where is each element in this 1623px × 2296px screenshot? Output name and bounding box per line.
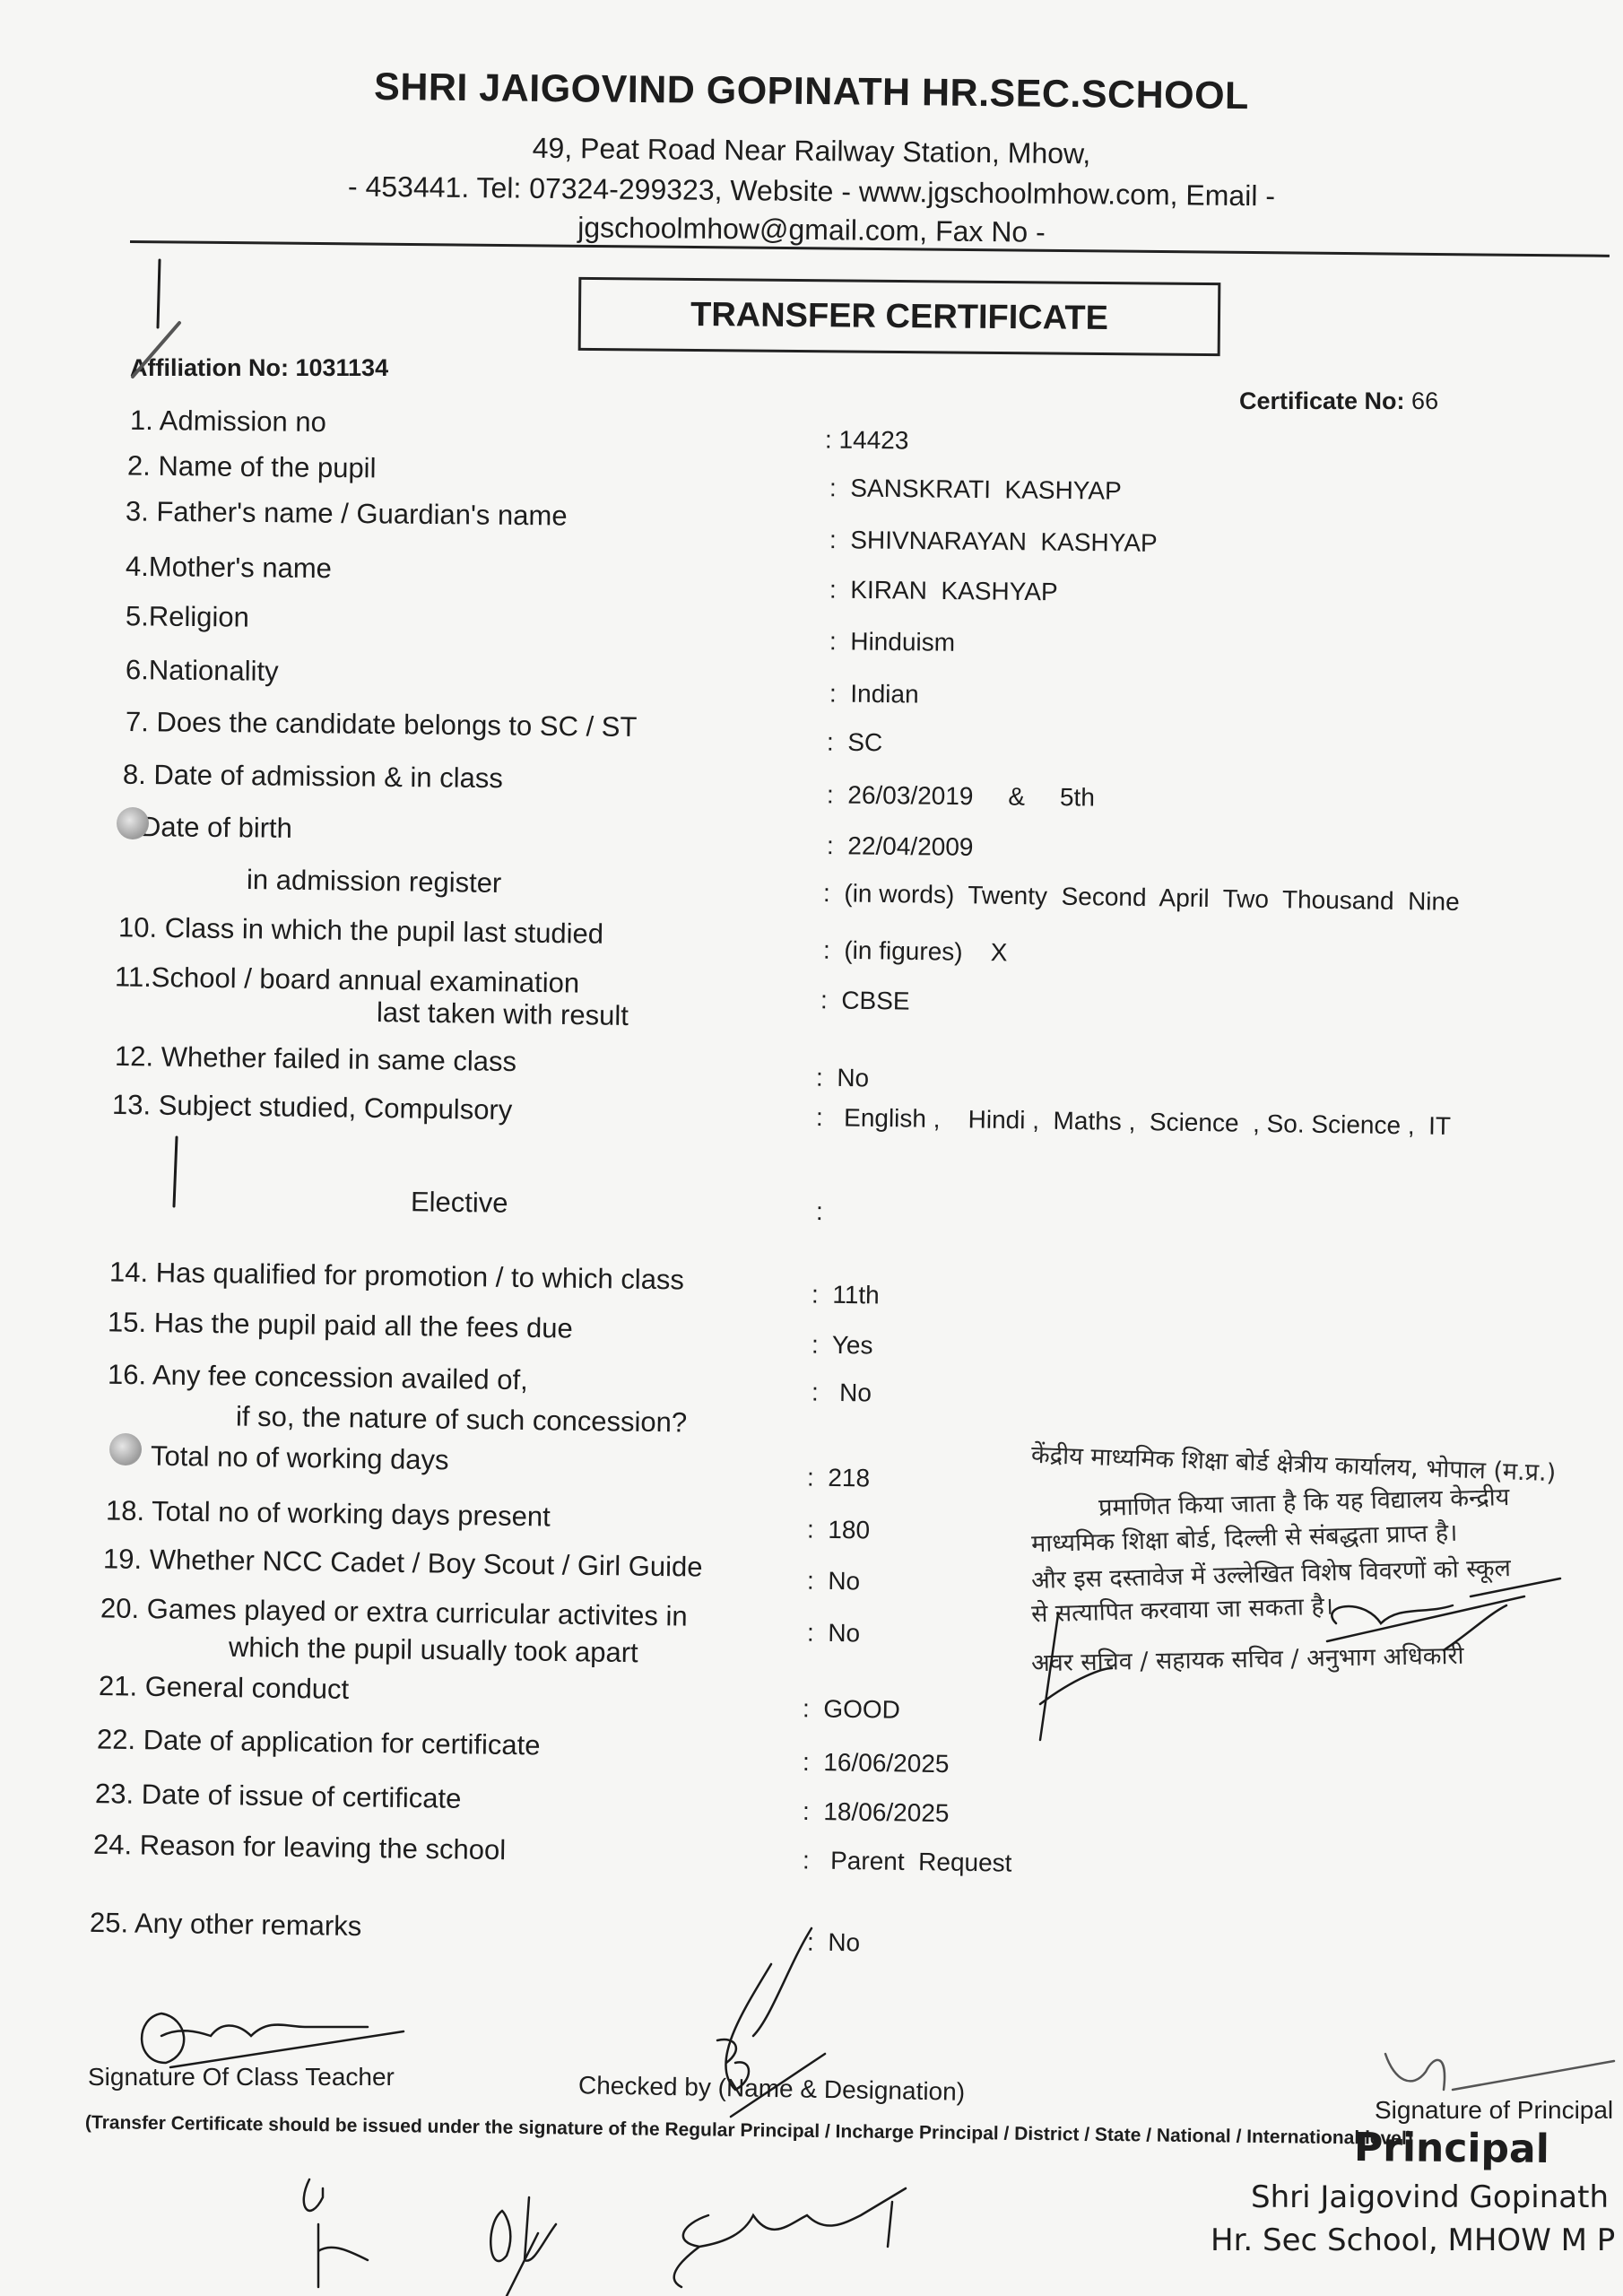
field-value: : 11th [811, 1280, 880, 1309]
field-value: : (in figures) X [823, 936, 1008, 968]
field-value: : GOOD [803, 1694, 900, 1725]
field-label: 15. Has the pupil paid all the fees due [108, 1306, 573, 1344]
field-label: 6.Nationality [126, 654, 279, 688]
field-value: : SHIVNARAYAN KASHYAP [829, 526, 1158, 558]
field-label: in admission register [247, 864, 502, 900]
field-label: 3. Father's name / Guardian's name [126, 495, 568, 532]
footer-note: (Transfer Certificate should be issued u… [85, 2112, 1413, 2150]
principal-stamp-location: Hr. Sec School, MHOW M P [1211, 2222, 1615, 2258]
field-value: : Yes [811, 1331, 873, 1361]
cbse-attestation-line5: से सत्यापित करवाया जा सकता है। [1031, 1588, 1334, 1630]
field-label: 19. Whether NCC Cadet / Boy Scout / Girl… [103, 1543, 703, 1583]
affiliation-number: Affiliation No: 1031134 [130, 354, 388, 382]
field-label: Date of birth [141, 811, 292, 845]
field-label-continued: which the pupil usually took apart [229, 1631, 638, 1669]
field-label: 11.School / board annual examination [115, 961, 580, 999]
field-value: : SC [827, 728, 883, 758]
field-value: : (in words) Twenty Second April Two Tho… [823, 879, 1460, 917]
field-value: : 22/04/2009 [827, 831, 974, 862]
checked-by-label: Checked by (Name & Designation) [578, 2071, 966, 2107]
cbse-attestation-signatory: अवर सचिव / सहायक सचिव / अनुभाग अधिकारी [1031, 1638, 1464, 1678]
field-value: : 18/06/2025 [803, 1797, 950, 1828]
field-label: 1. Admission no [130, 404, 326, 439]
field-value: : No [807, 1619, 861, 1648]
field-label: 12. Whether failed in same class [115, 1040, 516, 1078]
field-value: : [816, 1197, 823, 1226]
field-label: 21. General conduct [99, 1670, 350, 1706]
principal-stamp-title: Principal [1354, 2125, 1549, 2172]
field-value: : 218 [807, 1464, 871, 1493]
field-value: : 16/06/2025 [803, 1748, 950, 1779]
field-value: : Parent Request [803, 1846, 1012, 1877]
field-label: 20. Games played or extra curricular act… [100, 1592, 688, 1632]
field-value: : SANSKRATI KASHYAP [829, 474, 1122, 505]
field-value: : 180 [807, 1516, 871, 1545]
document-title: TRANSFER CERTIFICATE [690, 295, 1108, 337]
field-label: 22. Date of application for certificate [97, 1724, 541, 1762]
field-label: 7. Does the candidate belongs to SC / ST [126, 706, 638, 744]
field-label: 4.Mother's name [126, 551, 332, 585]
field-label: 5.Religion [126, 600, 249, 633]
principal-signature-label: Signature of Principal [1375, 2096, 1613, 2125]
field-label: 24. Reason for leaving the school [93, 1829, 507, 1866]
field-label: 25. Any other remarks [90, 1907, 362, 1943]
field-label: 18. Total no of working days present [106, 1495, 551, 1534]
field-label: 23. Date of issue of certificate [95, 1778, 462, 1815]
certificate-number-value: 66 [1411, 387, 1438, 414]
field-label: 13. Subject studied, Compulsory [112, 1089, 513, 1126]
field-value: : 14423 [825, 426, 909, 456]
field-label: 8. Date of admission & in class [123, 759, 503, 795]
field-label: Elective [411, 1186, 508, 1220]
school-name: SHRI JAIGOVIND GOPINATH HR.SEC.SCHOOL [0, 62, 1623, 123]
punch-hole-icon [117, 807, 149, 839]
field-label: 2. Name of the pupil [127, 450, 377, 485]
field-value: : No [811, 1378, 872, 1408]
field-label: 16. Any fee concession availed of, [108, 1359, 528, 1397]
field-value: : No [816, 1064, 870, 1093]
field-value: : Hinduism [829, 627, 955, 657]
field-label: 14. Has qualified for promotion / to whi… [109, 1257, 684, 1297]
field-value: : 26/03/2019 & 5th [827, 780, 1095, 812]
field-value: : No [807, 1567, 861, 1596]
certificate-number-label: Certificate No: [1239, 387, 1405, 414]
field-value: : No [807, 1928, 861, 1958]
field-label: Total no of working days [151, 1440, 449, 1477]
certificate-number: Certificate No: 66 [1239, 387, 1438, 415]
principal-stamp-school: Shri Jaigovind Gopinath [1251, 2179, 1609, 2215]
class-teacher-signature-label: Signature Of Class Teacher [88, 2063, 395, 2092]
field-label-continued: last taken with result [377, 996, 629, 1032]
punch-hole-icon [109, 1433, 142, 1465]
field-label-continued: if so, the nature of such concession? [236, 1400, 688, 1439]
document-title-box: TRANSFER CERTIFICATE [578, 277, 1221, 356]
field-value: : Indian [829, 679, 919, 709]
field-value: : KIRAN KASHYAP [829, 576, 1058, 607]
field-value: : CBSE [820, 986, 910, 1015]
field-label: 10. Class in which the pupil last studie… [118, 911, 604, 951]
field-value: : English , Hindi , Maths , Science , So… [816, 1103, 1451, 1141]
